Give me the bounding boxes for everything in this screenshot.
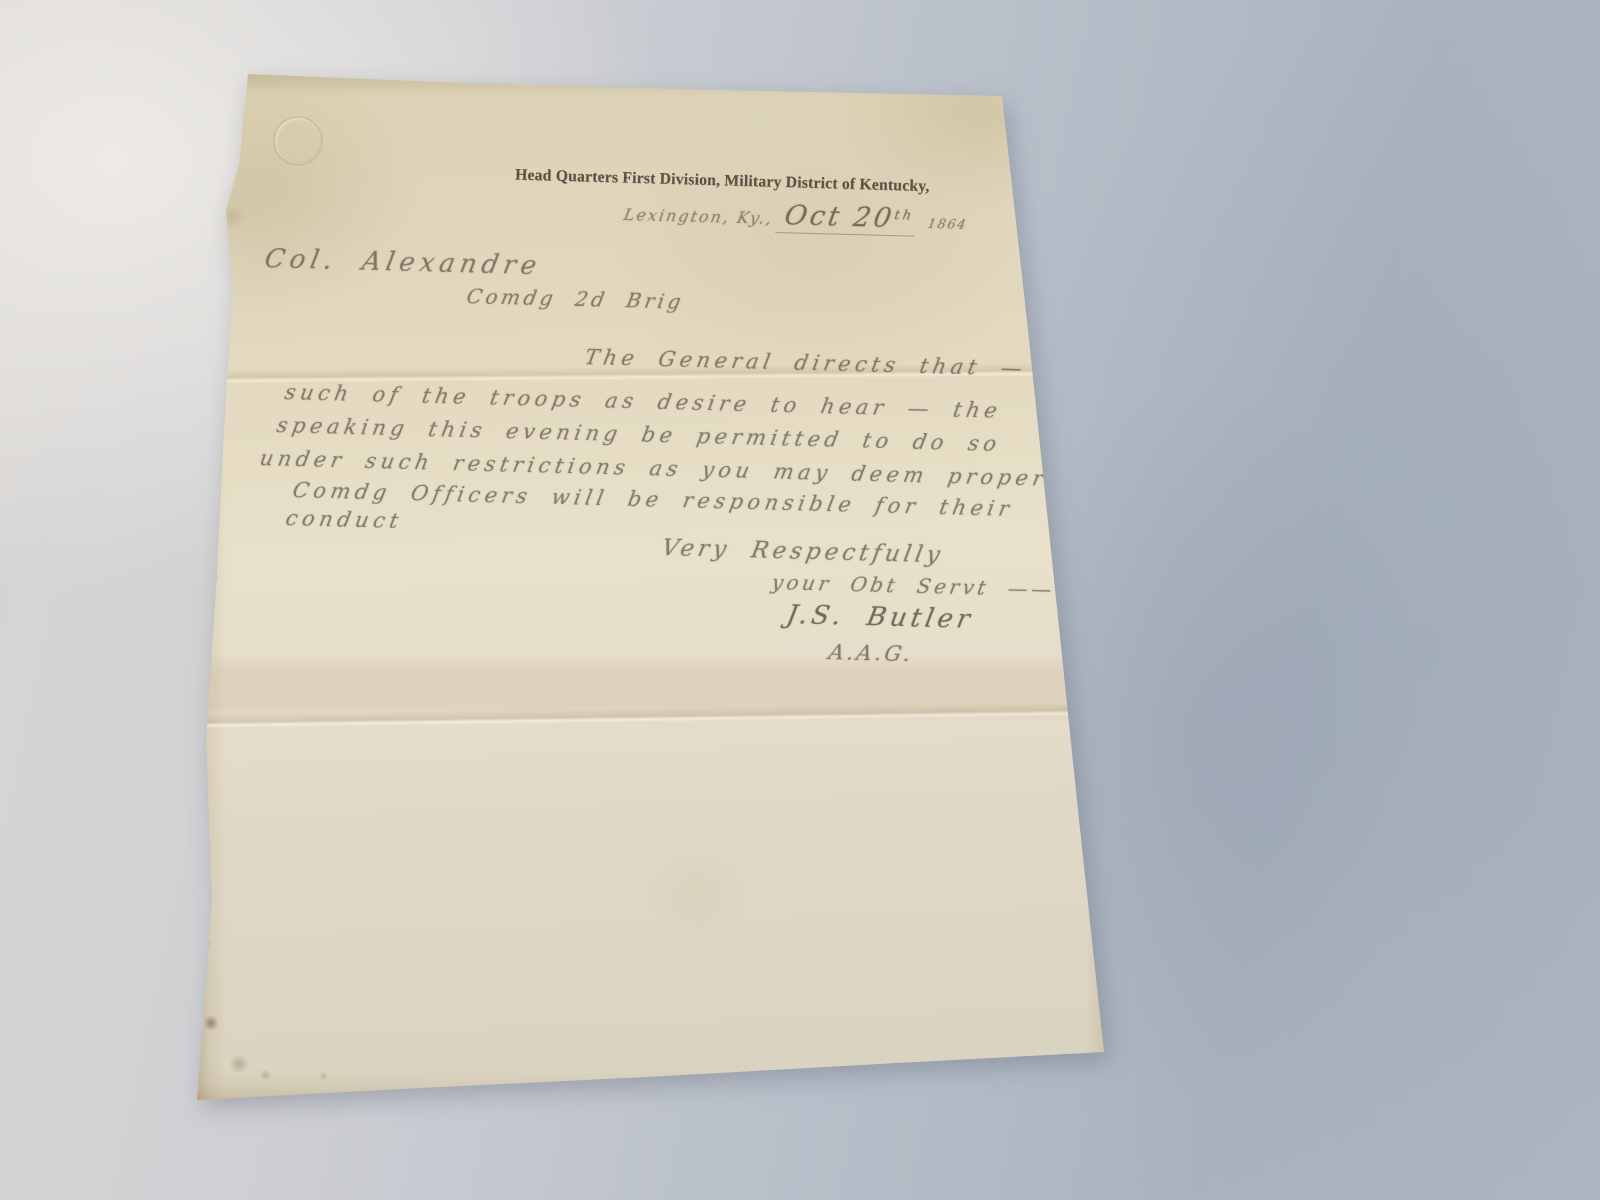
letter-paper-shadow: Head Quarters First Division, Military D… xyxy=(197,74,1104,1100)
embossed-seal xyxy=(273,116,323,166)
age-spot xyxy=(227,1056,251,1072)
photo-background: Head Quarters First Division, Military D… xyxy=(0,0,1600,1200)
fold-crease-bottom xyxy=(189,702,1112,729)
age-spot xyxy=(201,486,210,496)
age-spot xyxy=(637,854,757,934)
letter-paper: Head Quarters First Division, Military D… xyxy=(197,74,1104,1100)
dateline: Lexington, Ky., Oct 20th 1864 xyxy=(622,192,971,235)
age-spot xyxy=(199,936,211,950)
signature: J.S. Butler xyxy=(784,600,976,635)
age-spot xyxy=(319,1072,328,1080)
age-spot xyxy=(219,206,247,228)
age-spot xyxy=(201,146,215,162)
closing-line-2: your Obt Servt —— xyxy=(770,570,1057,601)
letterhead-text: Head Quarters First Division, Military D… xyxy=(497,166,948,197)
age-spot xyxy=(199,230,210,243)
date-ordinal: th xyxy=(893,208,915,223)
addressee-name: Col. Alexandre xyxy=(262,244,544,281)
place-text: Lexington, Ky., xyxy=(622,205,775,228)
signature-rank: A.A.G. xyxy=(827,640,916,666)
year-text: 1864 xyxy=(926,217,968,233)
body-line: The General directs that — xyxy=(583,345,1029,380)
body-line: conduct xyxy=(284,506,405,533)
age-spot xyxy=(209,572,219,583)
closing-line-1: Very Respectfully xyxy=(660,535,946,568)
age-spot xyxy=(203,1014,219,1032)
date-text: Oct 20th xyxy=(776,200,921,236)
addressee-title: Comdg 2d Brig xyxy=(465,284,686,314)
age-spot xyxy=(259,1070,272,1080)
